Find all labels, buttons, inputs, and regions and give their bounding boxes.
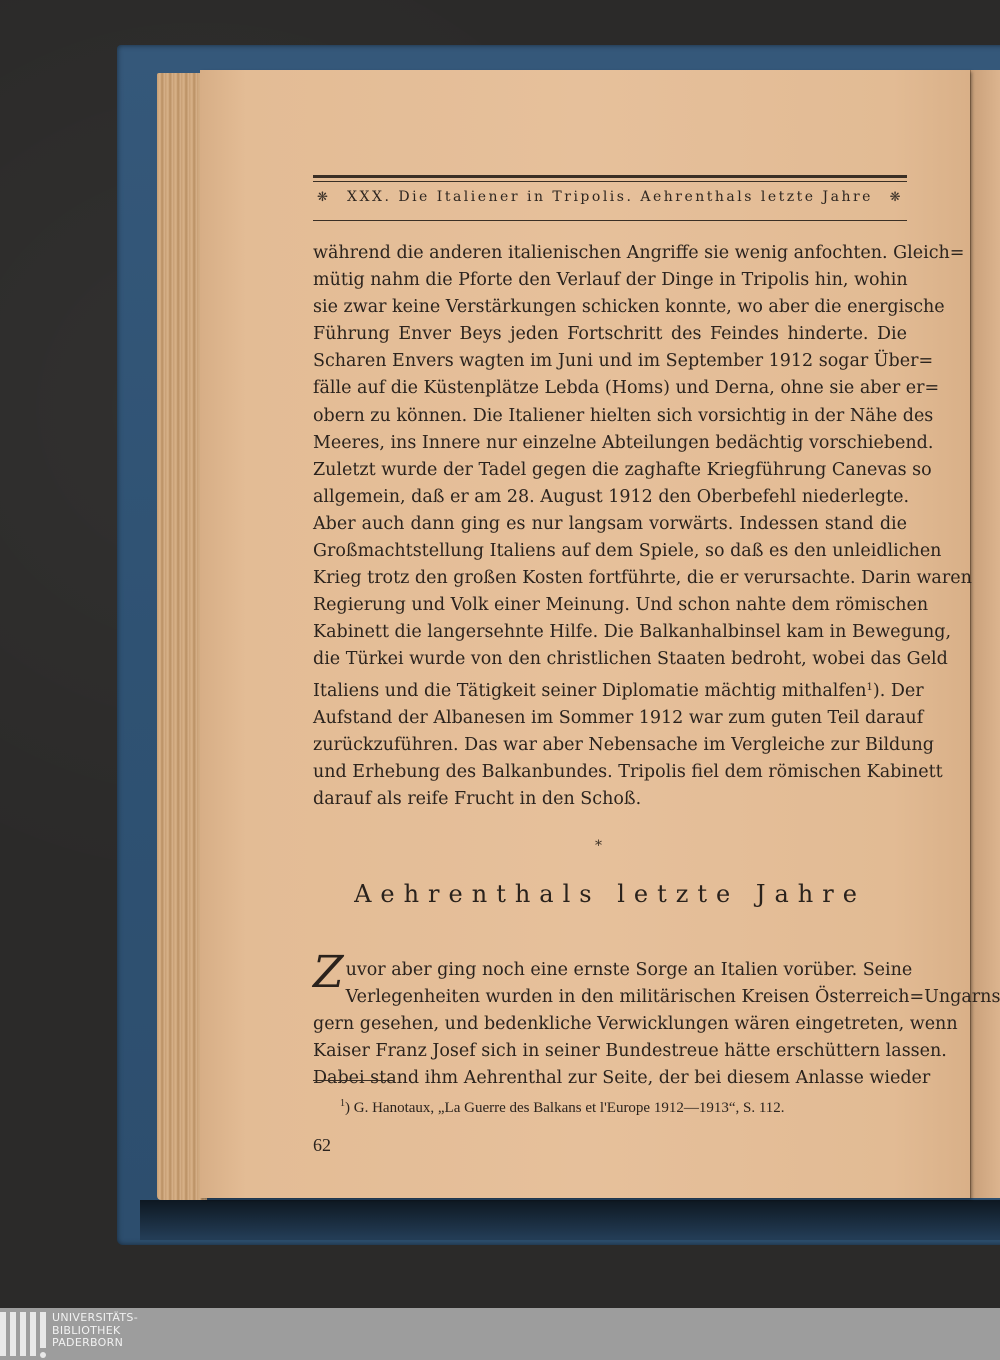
text-line: Krieg trotz den großen Kosten fortführte… bbox=[313, 565, 907, 592]
text-line: Regierung und Volk einer Meinung. Und sc… bbox=[313, 592, 907, 619]
footnote-text: ) G. Hanotaux, „La Guerre des Balkans et… bbox=[345, 1100, 785, 1116]
running-head-title: XXX. Die Italiener in Tripolis. Aehrenth… bbox=[347, 189, 873, 205]
page-number: 62 bbox=[313, 1135, 331, 1156]
text-line: die Türkei wurde von den christlichen St… bbox=[313, 646, 907, 673]
text-line: Zuletzt wurde der Tadel gegen die zaghaf… bbox=[313, 457, 907, 484]
library-logo-band: UNIVERSITÄTS- BIBLIOTHEK PADERBORN bbox=[0, 1308, 1000, 1360]
text-line: zurückzuführen. Das war aber Nebensache … bbox=[313, 732, 907, 759]
footnote: 1) G. Hanotaux, „La Guerre des Balkans e… bbox=[340, 1098, 907, 1117]
running-head-bottom-rule bbox=[313, 220, 907, 221]
section-heading: Aehrenthals letzte Jahre bbox=[313, 880, 907, 908]
text-line: Aufstand der Albanesen im Sommer 1912 wa… bbox=[313, 705, 907, 732]
library-name-line: UNIVERSITÄTS- bbox=[52, 1312, 138, 1325]
facing-page-edge bbox=[970, 70, 1000, 1198]
running-head: ❋ XXX. Die Italiener in Tripolis. Aehren… bbox=[313, 175, 907, 221]
text-segment: Italiens und die Tätigkeit seiner Diplom… bbox=[313, 681, 867, 701]
text-line: Kaiser Franz Josef sich in seiner Bundes… bbox=[313, 1038, 907, 1065]
book-bottom-shadow bbox=[140, 1200, 1000, 1240]
library-name: UNIVERSITÄTS- BIBLIOTHEK PADERBORN bbox=[52, 1312, 138, 1350]
text-segment: ). Der bbox=[873, 681, 924, 701]
text-line: Aber auch dann ging es nur langsam vorwä… bbox=[313, 511, 907, 538]
text-line: gern gesehen, und bedenkliche Verwicklun… bbox=[313, 1011, 907, 1038]
text-line: Verlegenheiten wurden in den militärisch… bbox=[313, 984, 907, 1011]
running-head-top-rule bbox=[313, 175, 907, 182]
text-line: fälle auf die Küstenplätze Lebda (Homs) … bbox=[313, 375, 907, 402]
drop-cap: Z bbox=[313, 953, 344, 993]
text-line: Großmachtstellung Italiens auf dem Spiel… bbox=[313, 538, 907, 565]
text-line: sie zwar keine Verstärkungen schicken ko… bbox=[313, 294, 907, 321]
ornament-icon: ❋ bbox=[313, 190, 334, 205]
paragraph-2: Z uvor aber ging noch eine ernste Sorge … bbox=[313, 957, 907, 1092]
library-logo-icon bbox=[0, 1312, 46, 1356]
text-line: Kabinett die langersehnte Hilfe. Die Bal… bbox=[313, 619, 907, 646]
section-separator-asterisk: * bbox=[595, 838, 602, 854]
text-line: uvor aber ging noch eine ernste Sorge an… bbox=[313, 957, 907, 984]
paragraph-1: während die anderen italienischen Angrif… bbox=[313, 240, 907, 813]
text-line: mütig nahm die Pforte den Verlauf der Di… bbox=[313, 267, 907, 294]
footnote-rule bbox=[313, 1080, 393, 1081]
text-line-with-footnote: Italiens und die Tätigkeit seiner Diplom… bbox=[313, 674, 907, 705]
text-line: allgemein, daß er am 28. August 1912 den… bbox=[313, 484, 907, 511]
text-line: Scharen Envers wagten im Juni und im Sep… bbox=[313, 348, 907, 375]
text-line: obern zu können. Die Italiener hielten s… bbox=[313, 403, 907, 430]
text-line: und Erhebung des Balkanbundes. Tripolis … bbox=[313, 759, 907, 786]
text-line: darauf als reife Frucht in den Schoß. bbox=[313, 786, 907, 813]
text-line: während die anderen italienischen Angrif… bbox=[313, 240, 907, 267]
ornament-icon: ❋ bbox=[886, 190, 907, 205]
text-line: Meeres, ins Innere nur einzelne Abteilun… bbox=[313, 430, 907, 457]
text-line: Führung Enver Beys jeden Fortschritt des… bbox=[313, 321, 907, 348]
text-line: Dabei stand ihm Aehrenthal zur Seite, de… bbox=[313, 1065, 907, 1092]
library-name-line: PADERBORN bbox=[52, 1337, 138, 1350]
